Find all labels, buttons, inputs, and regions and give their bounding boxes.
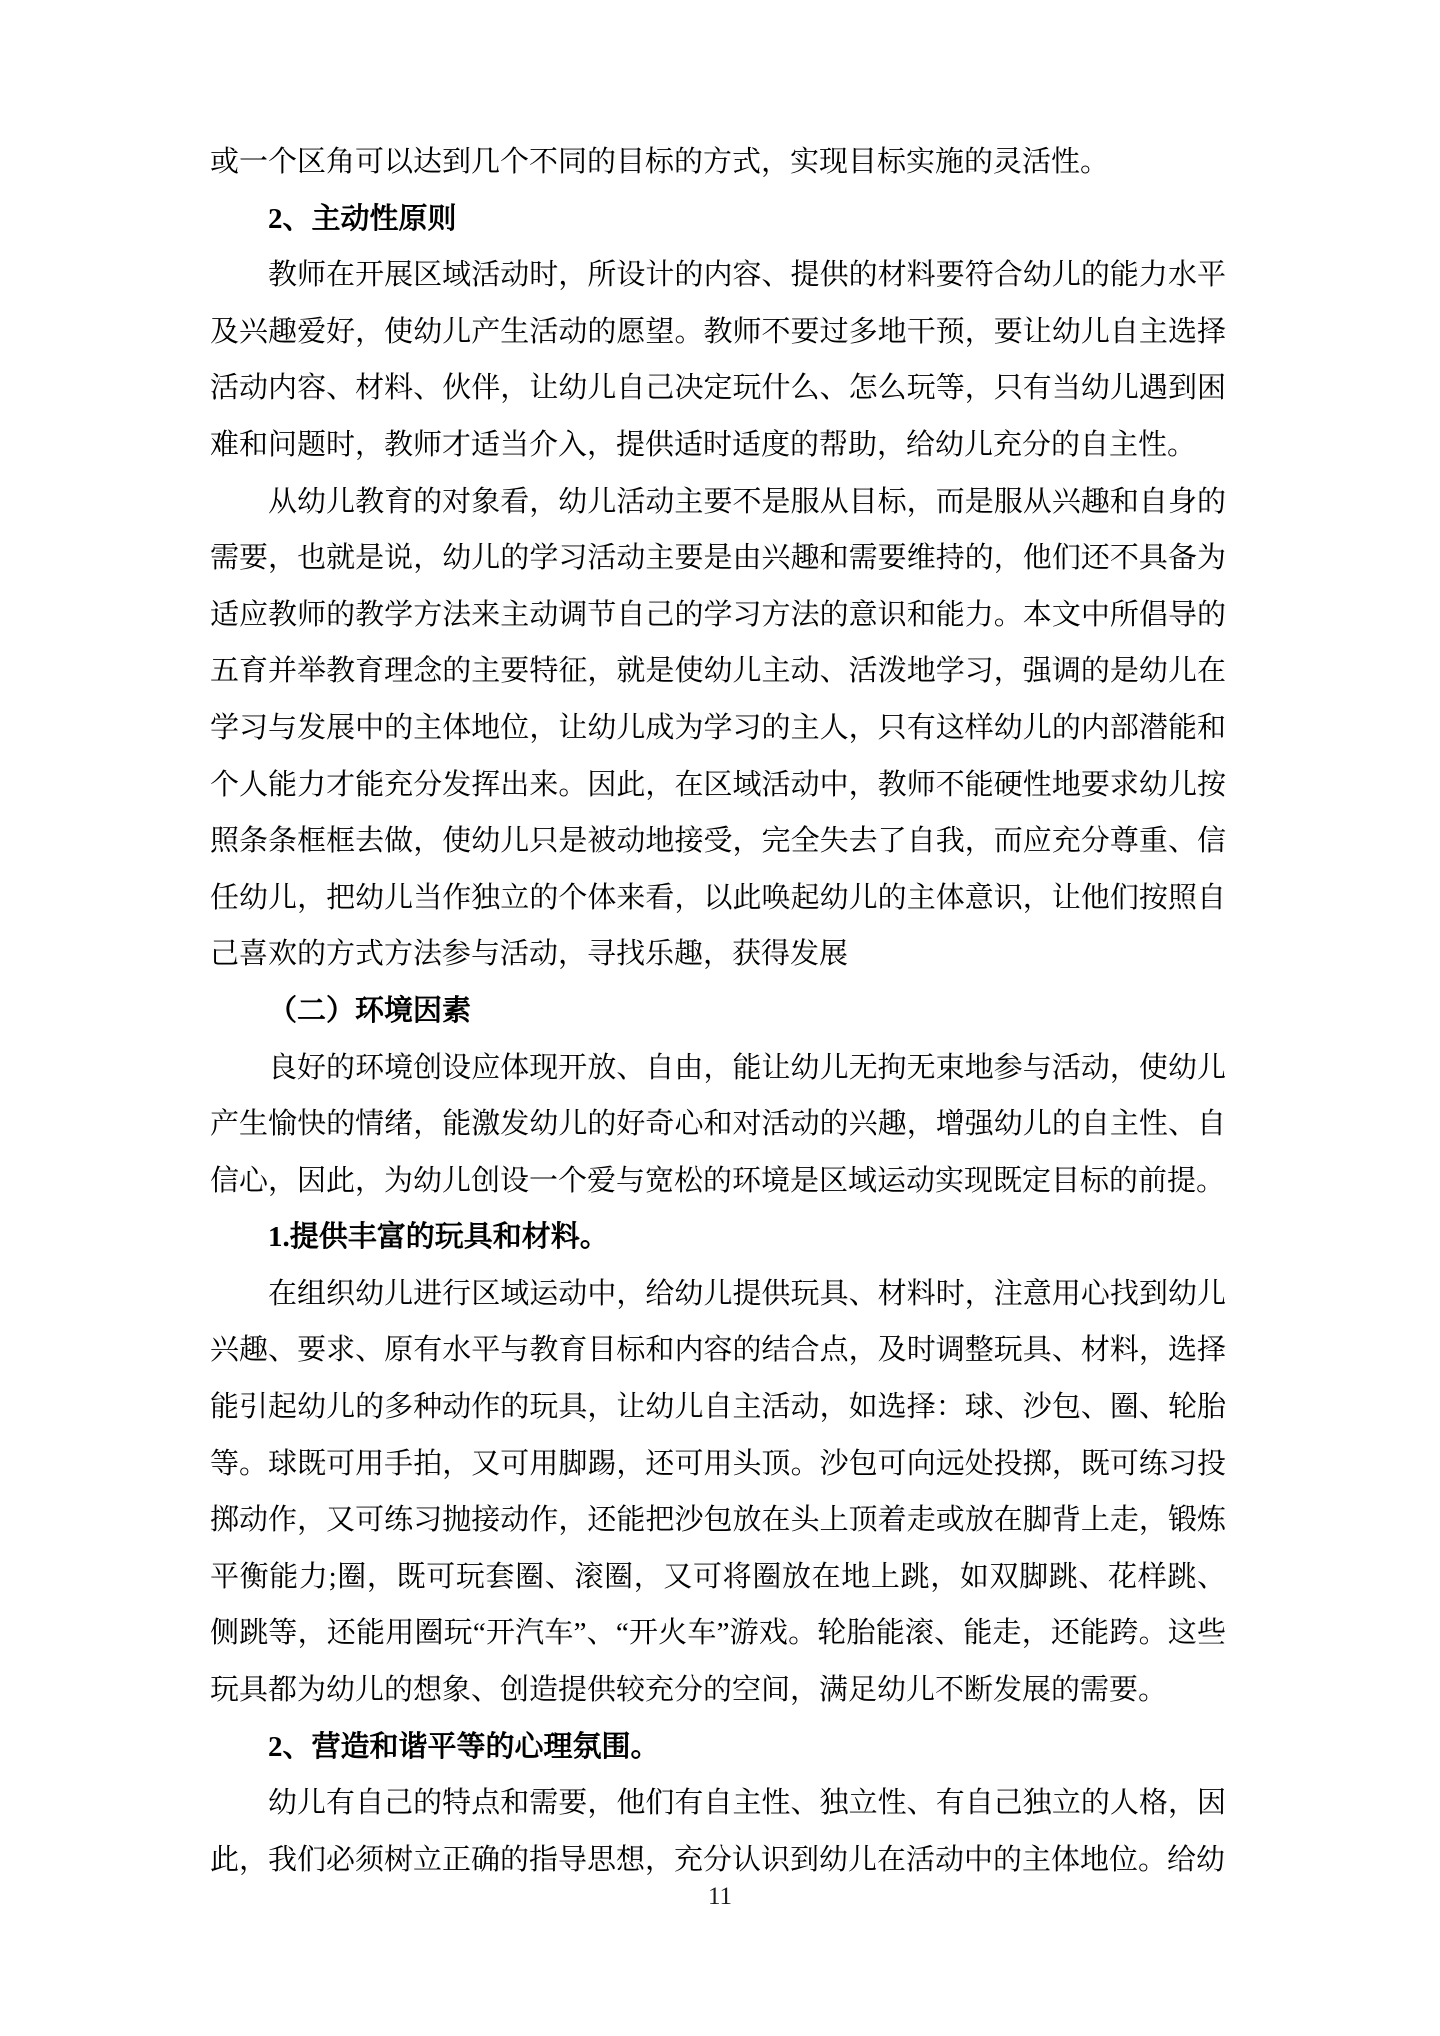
section-heading: （二）环境因素 (210, 983, 1226, 1040)
page-footer: 11 (0, 1884, 1440, 1909)
body-paragraph: 或一个区角可以达到几个不同的目标的方式，实现目标实施的灵活性。 (210, 134, 1226, 191)
body-paragraph: 在组织幼儿进行区域运动中，给幼儿提供玩具、材料时，注意用心找到幼儿兴趣、要求、原… (210, 1266, 1226, 1719)
body-paragraph: 良好的环境创设应体现开放、自由，能让幼儿无拘无束地参与活动，使幼儿产生愉快的情绪… (210, 1040, 1226, 1210)
document-body: 或一个区角可以达到几个不同的目标的方式，实现目标实施的灵活性。2、主动性原则教师… (210, 134, 1226, 1888)
document-page: 或一个区角可以达到几个不同的目标的方式，实现目标实施的灵活性。2、主动性原则教师… (0, 0, 1440, 2036)
section-heading: 2、主动性原则 (210, 191, 1226, 248)
section-heading: 1.提供丰富的玩具和材料。 (210, 1209, 1226, 1266)
section-heading: 2、营造和谐平等的心理氛围。 (210, 1719, 1226, 1776)
body-paragraph: 从幼儿教育的对象看，幼儿活动主要不是服从目标，而是服从兴趣和自身的需要，也就是说… (210, 474, 1226, 983)
body-paragraph: 教师在开展区域活动时，所设计的内容、提供的材料要符合幼儿的能力水平及兴趣爱好，使… (210, 247, 1226, 473)
page-number: 11 (708, 1883, 732, 1910)
body-paragraph: 幼儿有自己的特点和需要，他们有自主性、独立性、有自己独立的人格，因此，我们必须树… (210, 1775, 1226, 1888)
